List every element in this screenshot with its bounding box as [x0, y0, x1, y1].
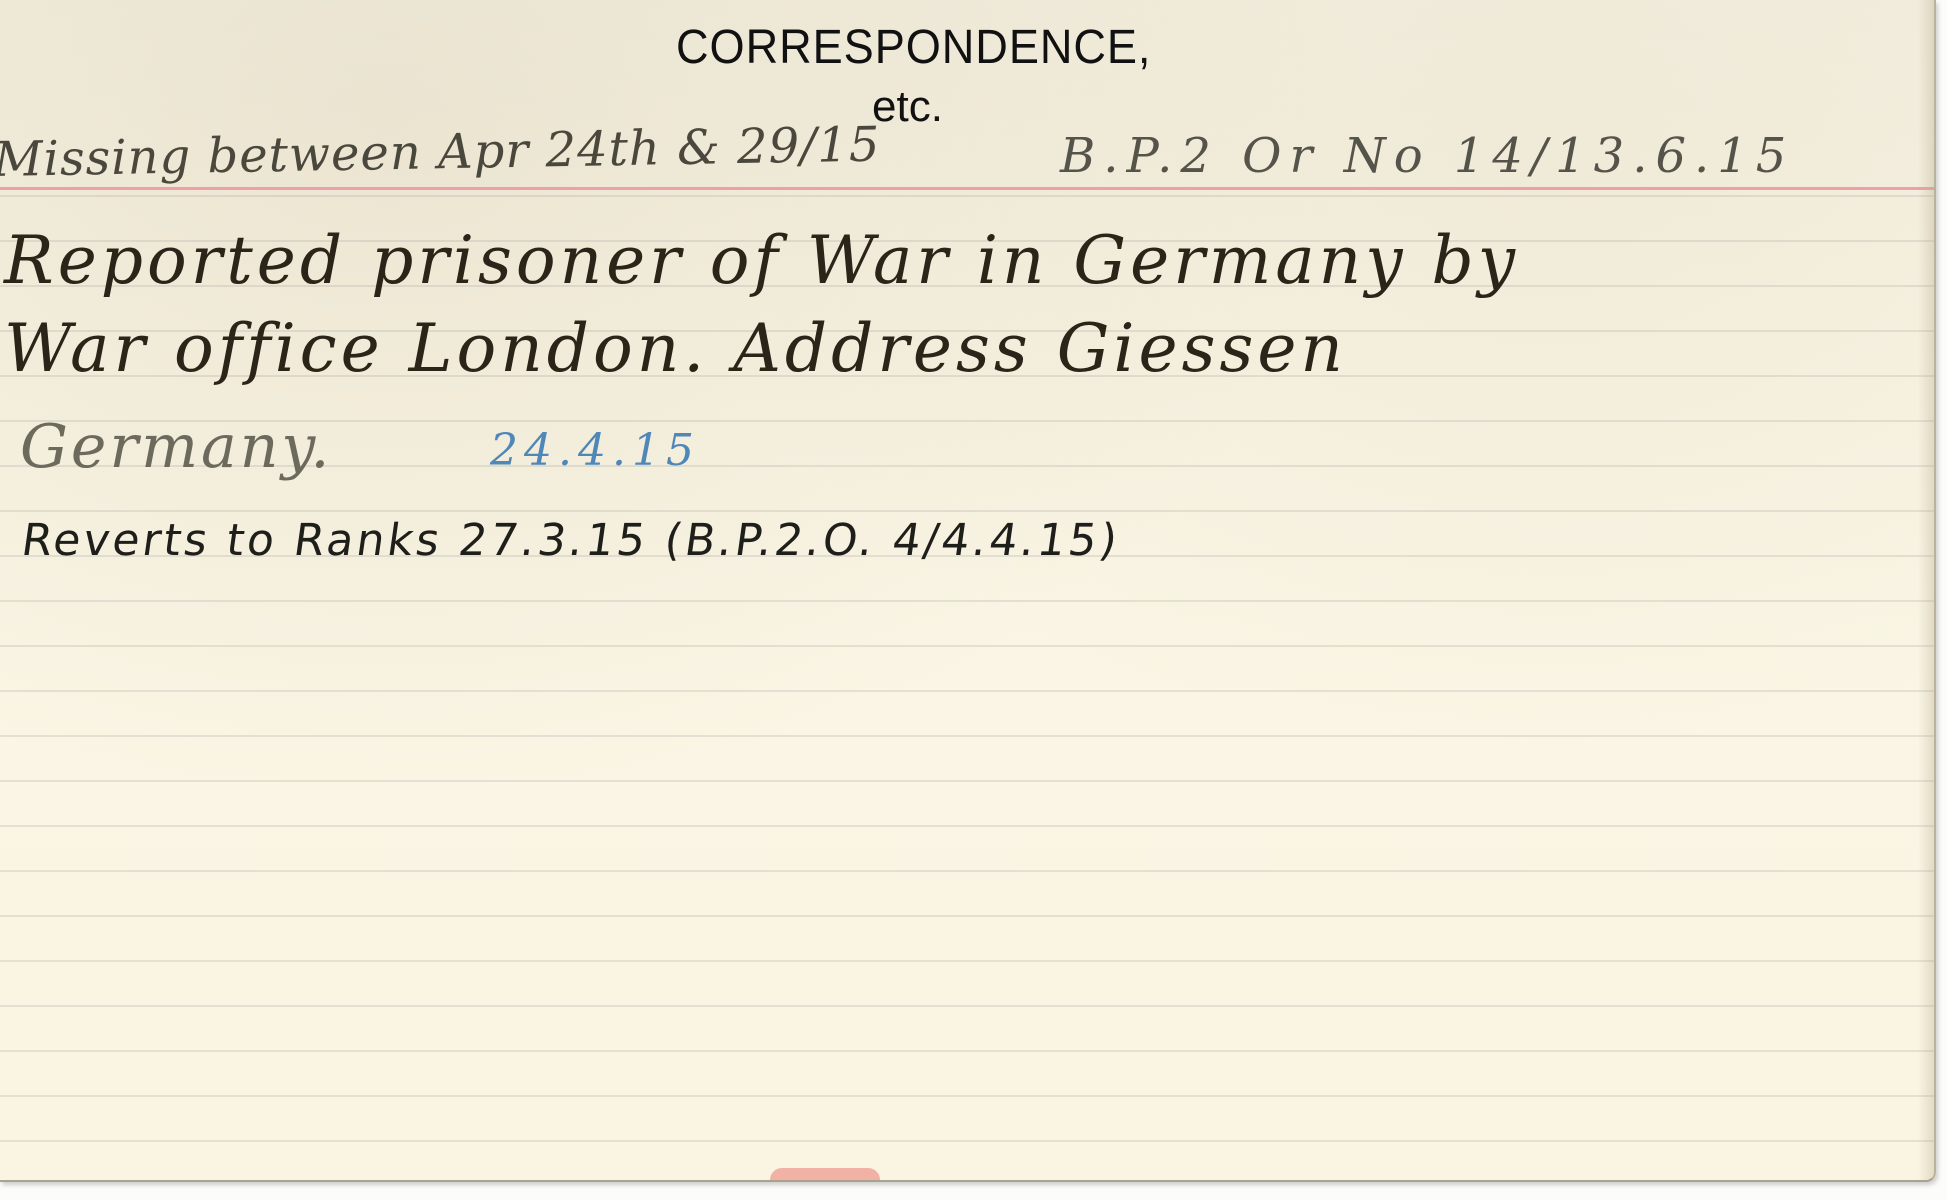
card-edge-shading: [1918, 0, 1934, 1180]
red-stain-mark: [770, 1168, 880, 1180]
entry-missing-reference: B.P.2 Or No 14/13.6.15: [1060, 128, 1794, 184]
card-header-subtitle: etc.: [872, 82, 943, 132]
entry-war-office-address: War office London. Address Giessen: [4, 310, 1347, 387]
entry-missing: Missing between Apr 24th & 29/15: [0, 117, 881, 188]
document-viewer: CORRESPONDENCE, etc. Missing between Apr…: [0, 0, 1947, 1200]
entry-reported-prisoner: Reported prisoner of War in Germany by: [4, 222, 1519, 299]
entry-germany: Germany.: [20, 412, 332, 482]
record-card: CORRESPONDENCE, etc. Missing between Apr…: [0, 0, 1936, 1182]
card-header-title: CORRESPONDENCE,: [596, 20, 1231, 75]
entry-reverts-to-ranks: Reverts to Ranks 27.3.15 (B.P.2.O. 4/4.4…: [18, 515, 1123, 566]
red-margin-rule: [0, 187, 1934, 190]
entry-blue-date: 24.4.15: [490, 425, 700, 476]
